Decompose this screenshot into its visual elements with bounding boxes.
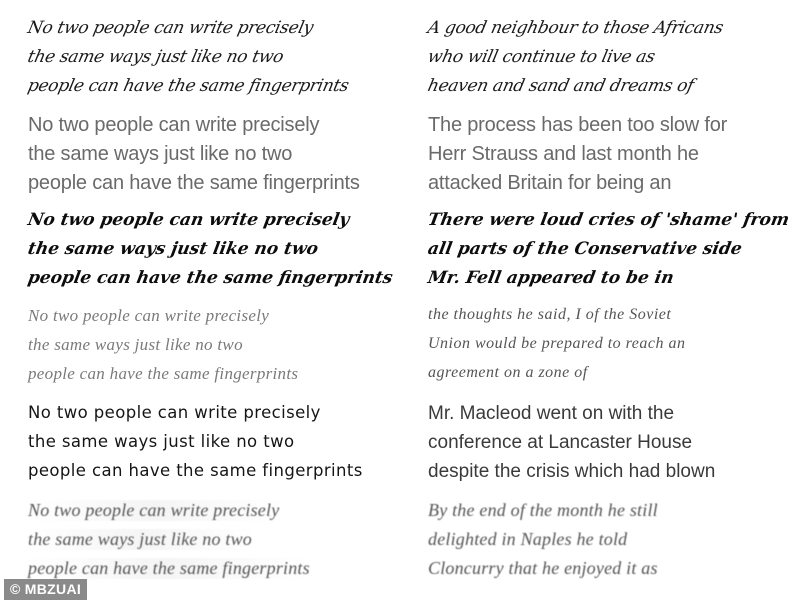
sample-line: attacked Britain for being an [428, 172, 671, 195]
sample-left-5: No two people can write precisely the sa… [0, 393, 400, 489]
sample-line: No two people can write precisely [26, 210, 351, 230]
sample-line: conference at Lancaster House [428, 432, 692, 454]
right-column: A good neighbour to those Africans who w… [400, 0, 800, 601]
sample-right-1: A good neighbour to those Africans who w… [400, 8, 800, 104]
sample-line: Mr. Fell appeared to be in [426, 268, 675, 288]
sample-line: the same ways just like no two [28, 529, 252, 550]
sample-right-4: the thoughts he said, I of the Soviet Un… [400, 296, 800, 392]
sample-line: delighted in Naples he told [428, 529, 627, 550]
sample-right-2: The process has been too slow for Herr S… [400, 104, 800, 200]
sample-line: By the end of the month he still [428, 500, 658, 521]
sample-right-6: By the end of the month he still delight… [400, 490, 800, 586]
sample-line: the same ways just like no two [28, 335, 243, 355]
sample-left-3: No two people can write precisely the sa… [0, 200, 400, 296]
sample-line: There were loud cries of 'shame' from [426, 210, 790, 230]
sample-line: Mr. Macleod went on with the [428, 403, 674, 425]
sample-line: people can have the same fingerprints [26, 268, 394, 288]
sample-line: No two people can write precisely [28, 403, 321, 422]
sample-line: people can have the same fingerprints [26, 76, 351, 96]
sample-line: people can have the same fingerprints [28, 172, 360, 195]
sample-line: the same ways just like no two [26, 239, 320, 259]
sample-line: No two people can write precisely [26, 18, 315, 38]
sample-line: who will continue to live as [426, 47, 657, 67]
sample-line: the same ways just like no two [26, 47, 285, 67]
sample-line: people can have the same fingerprints [28, 461, 363, 480]
sample-line: No two people can write precisely [28, 500, 279, 521]
sample-line: Union would be prepared to reach an [428, 335, 685, 353]
left-column: No two people can write precisely the sa… [0, 0, 400, 601]
sample-line: No two people can write precisely [28, 114, 319, 137]
sample-right-5: Mr. Macleod went on with the conference … [400, 393, 800, 489]
sample-left-4: No two people can write precisely the sa… [0, 296, 400, 392]
sample-line: people can have the same fingerprints [28, 558, 310, 579]
sample-line: the thoughts he said, I of the Soviet [428, 306, 671, 324]
sample-line: despite the crisis which had blown [428, 461, 715, 483]
sample-left-6: No two people can write precisely the sa… [0, 490, 400, 586]
sample-line: agreement on a zone of [428, 364, 588, 382]
sample-line: Cloncurry that he enjoyed it as [428, 558, 658, 579]
sample-line: The process has been too slow for [428, 114, 727, 137]
sample-right-3: There were loud cries of 'shame' from al… [400, 200, 800, 296]
sample-line: all parts of the Conservative side [426, 239, 743, 259]
sample-line: No two people can write precisely [28, 306, 269, 326]
sample-left-1: No two people can write precisely the sa… [0, 8, 400, 104]
copyright-watermark: © MBZUAI [4, 579, 87, 600]
sample-line: the same ways just like no two [28, 143, 292, 166]
sample-line: the same ways just like no two [28, 432, 294, 451]
sample-left-2: No two people can write precisely the sa… [0, 104, 400, 200]
sample-line: Herr Strauss and last month he [428, 143, 699, 166]
sample-line: people can have the same fingerprints [28, 364, 298, 384]
sample-line: heaven and sand and dreams of [426, 76, 696, 96]
sample-line: A good neighbour to those Africans [426, 18, 725, 38]
